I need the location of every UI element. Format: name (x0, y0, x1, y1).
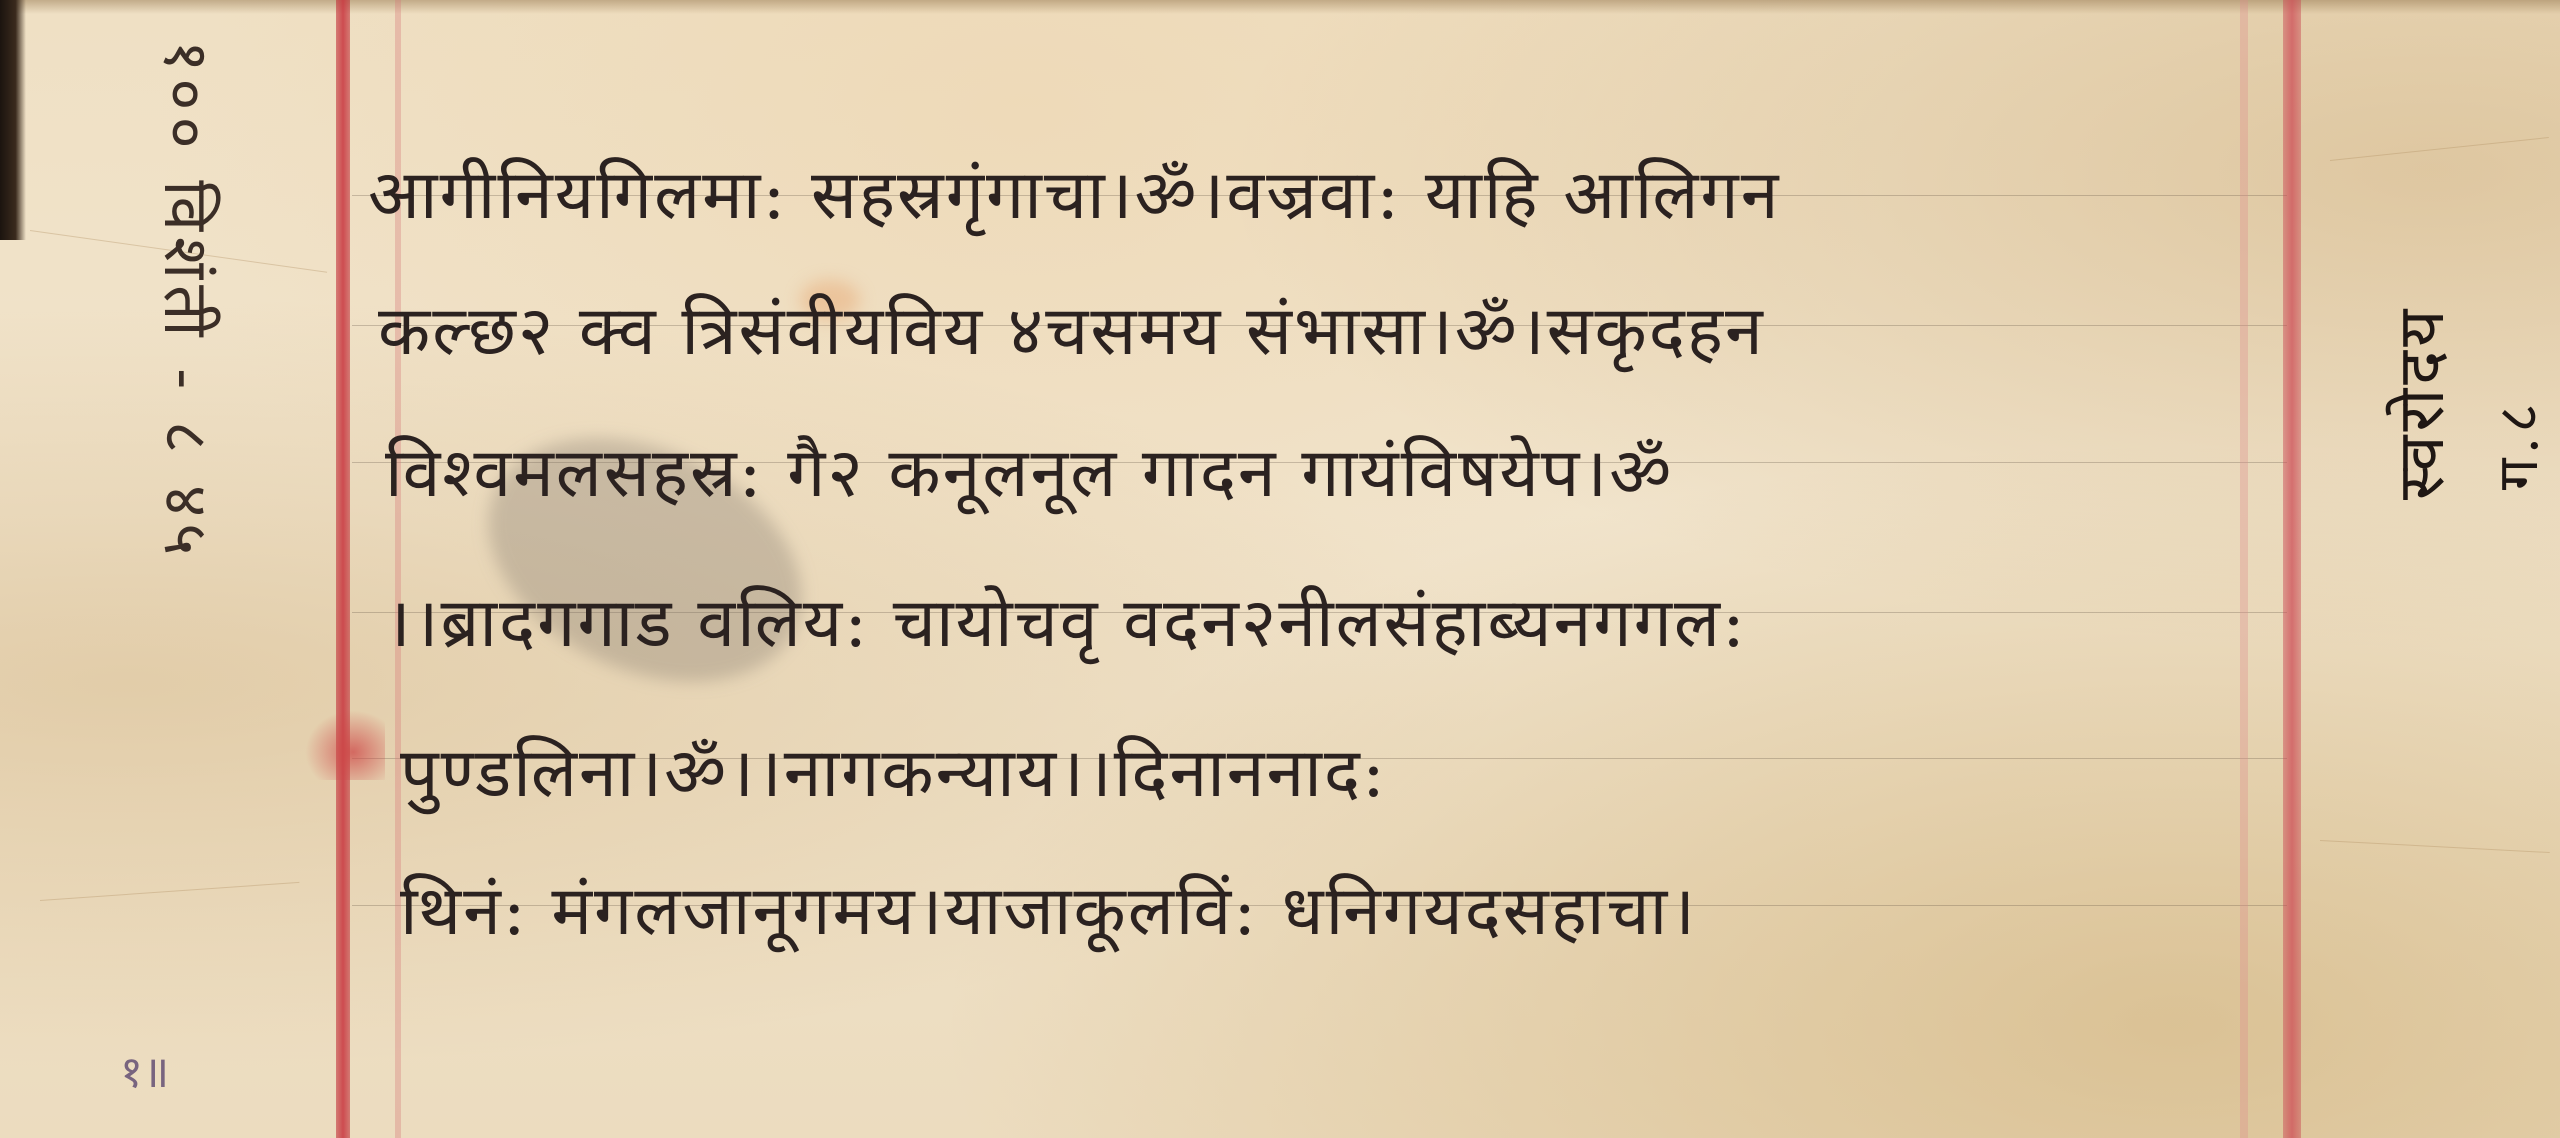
paper-crease (2330, 137, 2549, 161)
danda-punctuation: । (1581, 440, 1609, 508)
manuscript-text: सकृदहन (1547, 298, 1765, 366)
left-margin-rule (336, 0, 350, 1138)
manuscript-text: ।ब्रादगगाड वलिय: चायोचवृ वदन२नीलसंहाब्यन… (413, 590, 1747, 658)
manuscript-text: पुण्डलिना (400, 740, 636, 808)
danda-punctuation: । (1427, 298, 1455, 366)
danda-punctuation: । (636, 740, 664, 808)
right-margin-folio-number: ग.८ (2478, 400, 2554, 490)
danda-punctuation: । (756, 740, 784, 808)
paper-crease (2320, 840, 2550, 853)
manuscript-line-4: ।।ब्रादगगाड वलिय: चायोचवृ वदन२नीलसंहाब्य… (385, 590, 1747, 658)
danda-punctuation: । (1058, 740, 1086, 808)
manuscript-text: याजाकूलविं: धनिगयदसहाचा (944, 878, 1669, 946)
manuscript-text: आगीनियगिलमा: सहस्रगृंगाचा (368, 162, 1107, 230)
danda-punctuation: । (728, 740, 756, 808)
danda-punctuation: । (1199, 162, 1227, 230)
red-ink-bloom (305, 710, 385, 780)
manuscript-line-5: पुण्डलिना।ॐ। ।नागकन्याय। ।दिनाननाद: (400, 740, 1387, 808)
manuscript-line-6: थिनं: मंगलजानूगमय।याजाकूलविं: धनिगयदसहाच… (400, 878, 1697, 946)
danda-punctuation: । (917, 878, 945, 946)
danda-punctuation: । (1669, 878, 1697, 946)
danda-punctuation: । (385, 590, 413, 658)
manuscript-text: ॐ (1134, 162, 1198, 230)
manuscript-text: थिनं: मंगलजानूगमय (400, 878, 917, 946)
danda-punctuation: । (1107, 162, 1135, 230)
paper-crease (40, 882, 299, 901)
manuscript-text: कल्छ२ क्व त्रिसंवीयविय ४चसमय संभासा (378, 298, 1427, 366)
right-inner-margin-rule (2240, 0, 2248, 1138)
danda-punctuation: । (1086, 740, 1114, 808)
manuscript-text: वज्रवा: याहि आलिगन (1226, 162, 1780, 230)
folio-corner-shadow (0, 0, 26, 240)
left-margin-note: १०० विशंती - ८ ४५ (146, 40, 230, 561)
manuscript-folio: १०० विशंती - ८ ४५ स्वरोदय ग.८ १॥ आगीनियग… (0, 0, 2560, 1138)
manuscript-line-2: कल्छ२ क्व त्रिसंवीयविय ४चसमय संभासा।ॐ।सक… (378, 298, 1765, 366)
rubricated-text: नागकन्याय (784, 740, 1058, 808)
manuscript-line-3: विश्वमलसहस्र: गै२ कनूलनूल गादन गायंविषये… (385, 440, 1673, 508)
manuscript-text: दिनाननाद: (1114, 740, 1387, 808)
manuscript-line-1: आगीनियगिलमा: सहस्रगृंगाचा।ॐ।वज्रवा: याहि… (368, 162, 1780, 230)
bottom-left-mark: १॥ (120, 1040, 169, 1100)
right-margin-title: स्वरोदय (2375, 306, 2462, 500)
folio-top-edge (0, 0, 2560, 14)
manuscript-text: विश्वमलसहस्र: गै२ कनूलनूल गादन गायंविषये… (385, 440, 1581, 508)
rubricated-text: ॐ (664, 740, 728, 808)
manuscript-text: ॐ (1455, 298, 1519, 366)
danda-punctuation: । (1519, 298, 1547, 366)
manuscript-text: ॐ (1609, 440, 1673, 508)
right-margin-rule (2283, 0, 2301, 1138)
